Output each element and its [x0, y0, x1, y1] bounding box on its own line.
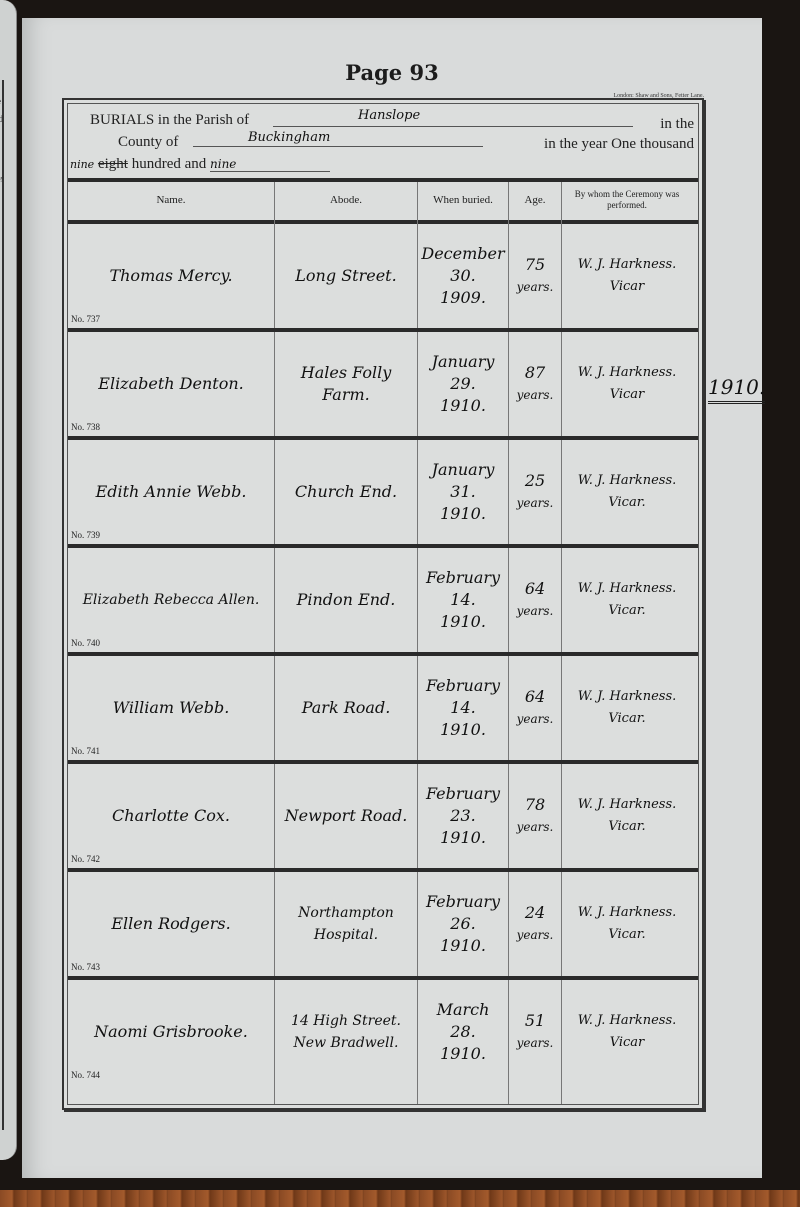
- parish-value: Hanslope: [358, 108, 420, 123]
- entry-year: 1910.: [440, 395, 486, 417]
- entry-name: Naomi Grisbrooke.: [94, 1021, 248, 1043]
- year-value: nine: [210, 157, 330, 172]
- entry-month: February: [426, 675, 500, 697]
- entry-age: 24: [525, 902, 545, 924]
- entry-number: No. 743: [71, 962, 100, 972]
- prev-page-fragment: mony: [0, 176, 4, 182]
- prev-page-fragment: the: [0, 96, 1, 106]
- column-header-age: Age.: [509, 182, 561, 218]
- entry-name: William Webb.: [113, 697, 230, 719]
- entry-year: 1909.: [440, 287, 486, 309]
- year-correction: nine: [70, 158, 94, 171]
- county-value: Buckingham: [248, 130, 330, 145]
- entry-number: No. 739: [71, 530, 100, 540]
- register-page: Page 93 London: Shaw and Sons, Fetter La…: [22, 18, 762, 1178]
- entry-month: March: [437, 999, 490, 1021]
- entry-number: No. 740: [71, 638, 100, 648]
- column-header-name: Name.: [68, 182, 274, 218]
- wooden-surface: [0, 1190, 800, 1207]
- table-row: Naomi Grisbrooke. No. 744 14 High Street…: [68, 980, 698, 1088]
- header-parish-label: BURIALS in the Parish of: [90, 112, 249, 129]
- entry-officiant: W. J. Harkness.: [578, 254, 677, 276]
- entry-officiant-title: Vicar.: [608, 708, 645, 730]
- table-row: Elizabeth Denton. No. 738 Hales Folly Fa…: [68, 332, 698, 440]
- previous-page-table-edge: [0, 80, 4, 1130]
- entry-age: 64: [525, 578, 545, 600]
- entry-abode: Park Road.: [302, 697, 391, 719]
- table-row: Ellen Rodgers. No. 743 Northampton Hospi…: [68, 872, 698, 980]
- entry-abode: 14 High Street. New Bradwell.: [275, 1010, 417, 1054]
- register-header: BURIALS in the Parish of Hanslope in the…: [68, 104, 698, 178]
- column-header-ceremony: By whom the Ceremony was performed.: [562, 182, 692, 218]
- entry-officiant-title: Vicar: [610, 384, 645, 406]
- entry-month: February: [426, 891, 500, 913]
- entry-age-unit: years.: [517, 600, 554, 622]
- entry-abode: Newport Road.: [285, 805, 408, 827]
- entry-month: December: [421, 243, 504, 265]
- burial-register-table: BURIALS in the Parish of Hanslope in the…: [62, 98, 704, 1110]
- entry-year: 1910.: [440, 611, 486, 633]
- entry-month: February: [426, 783, 500, 805]
- entry-abode: Long Street.: [295, 265, 396, 287]
- entry-age: 51: [525, 1010, 545, 1032]
- entry-abode: Church End.: [295, 481, 397, 503]
- entry-day: 29.: [450, 373, 475, 395]
- entry-officiant: W. J. Harkness.: [578, 1010, 677, 1032]
- entry-name: Elizabeth Denton.: [98, 373, 243, 395]
- year-struck-word: eight: [98, 156, 128, 172]
- header-year-line: nine eight hundred and nine: [70, 156, 330, 173]
- entry-day: 14.: [450, 589, 475, 611]
- entry-age-unit: years.: [517, 816, 554, 838]
- entry-officiant-title: Vicar.: [608, 492, 645, 514]
- entry-age: 25: [525, 470, 545, 492]
- entry-day: 28.: [450, 1021, 475, 1043]
- entry-officiant: W. J. Harkness.: [578, 578, 677, 600]
- prev-page-fragment: and: [0, 114, 3, 124]
- entry-name: Charlotte Cox.: [112, 805, 230, 827]
- entry-name: Edith Annie Webb.: [96, 481, 247, 503]
- entry-officiant-title: Vicar.: [608, 600, 645, 622]
- entry-number: No. 744: [71, 1070, 100, 1080]
- entry-year: 1910.: [440, 935, 486, 957]
- entry-age: 87: [525, 362, 545, 384]
- entry-year: 1910.: [440, 1043, 486, 1065]
- table-row: Edith Annie Webb. No. 739 Church End. Ja…: [68, 440, 698, 548]
- entry-age: 78: [525, 794, 545, 816]
- entry-officiant-title: Vicar: [610, 1032, 645, 1054]
- entry-age-unit: years.: [517, 492, 554, 514]
- entry-day: 31.: [450, 481, 475, 503]
- header-in-the: in the: [660, 116, 694, 133]
- entry-name: Elizabeth Rebecca Allen.: [83, 589, 260, 611]
- entry-officiant: W. J. Harkness.: [578, 794, 677, 816]
- entry-age-unit: years.: [517, 384, 554, 406]
- header-county-label: County of: [118, 134, 178, 151]
- entry-number: No. 738: [71, 422, 100, 432]
- entry-age-unit: years.: [517, 1032, 554, 1054]
- table-row: William Webb. No. 741 Park Road. Februar…: [68, 656, 698, 764]
- entry-abode: Pindon End.: [297, 589, 396, 611]
- entry-year: 1910.: [440, 503, 486, 525]
- entry-name: Ellen Rodgers.: [111, 913, 230, 935]
- entry-age-unit: years.: [517, 924, 554, 946]
- entry-officiant-title: Vicar: [610, 276, 645, 298]
- entry-name: Thomas Mercy.: [109, 265, 232, 287]
- entry-officiant: W. J. Harkness.: [578, 470, 677, 492]
- entry-abode: Hales Folly Farm.: [275, 362, 417, 406]
- entry-officiant: W. J. Harkness.: [578, 362, 677, 384]
- table-row: Charlotte Cox. No. 742 Newport Road. Feb…: [68, 764, 698, 872]
- entry-day: 30.: [450, 265, 475, 287]
- column-headers: Name. Abode. When buried. Age. By whom t…: [68, 182, 698, 218]
- year-middle: hundred and: [132, 156, 207, 172]
- entry-day: 26.: [450, 913, 475, 935]
- entry-day: 23.: [450, 805, 475, 827]
- entry-year: 1910.: [440, 827, 486, 849]
- entry-age: 75: [525, 254, 545, 276]
- entry-officiant-title: Vicar.: [608, 816, 645, 838]
- table-row: Thomas Mercy. No. 737 Long Street. Decem…: [68, 224, 698, 332]
- table-row: Elizabeth Rebecca Allen. No. 740 Pindon …: [68, 548, 698, 656]
- header-year-label: in the year One thousand: [544, 136, 694, 153]
- entry-age-unit: years.: [517, 708, 554, 730]
- entry-month: January: [432, 459, 495, 481]
- entry-month: February: [426, 567, 500, 589]
- entry-officiant: W. J. Harkness.: [578, 686, 677, 708]
- page-title: Page 93: [22, 60, 762, 85]
- entry-officiant-title: Vicar.: [608, 924, 645, 946]
- entry-age: 64: [525, 686, 545, 708]
- entry-year: 1910.: [440, 719, 486, 741]
- entry-month: January: [432, 351, 495, 373]
- margin-year-note: 1910.: [708, 375, 765, 404]
- entry-abode: Northampton Hospital.: [275, 902, 417, 946]
- column-header-abode: Abode.: [275, 182, 417, 218]
- entry-day: 14.: [450, 697, 475, 719]
- previous-page-edge: the and mony: [0, 0, 17, 1160]
- entry-number: No. 741: [71, 746, 100, 756]
- entry-number: No. 742: [71, 854, 100, 864]
- entry-number: No. 737: [71, 314, 100, 324]
- column-header-when-buried: When buried.: [418, 182, 508, 218]
- entry-age-unit: years.: [517, 276, 554, 298]
- entry-officiant: W. J. Harkness.: [578, 902, 677, 924]
